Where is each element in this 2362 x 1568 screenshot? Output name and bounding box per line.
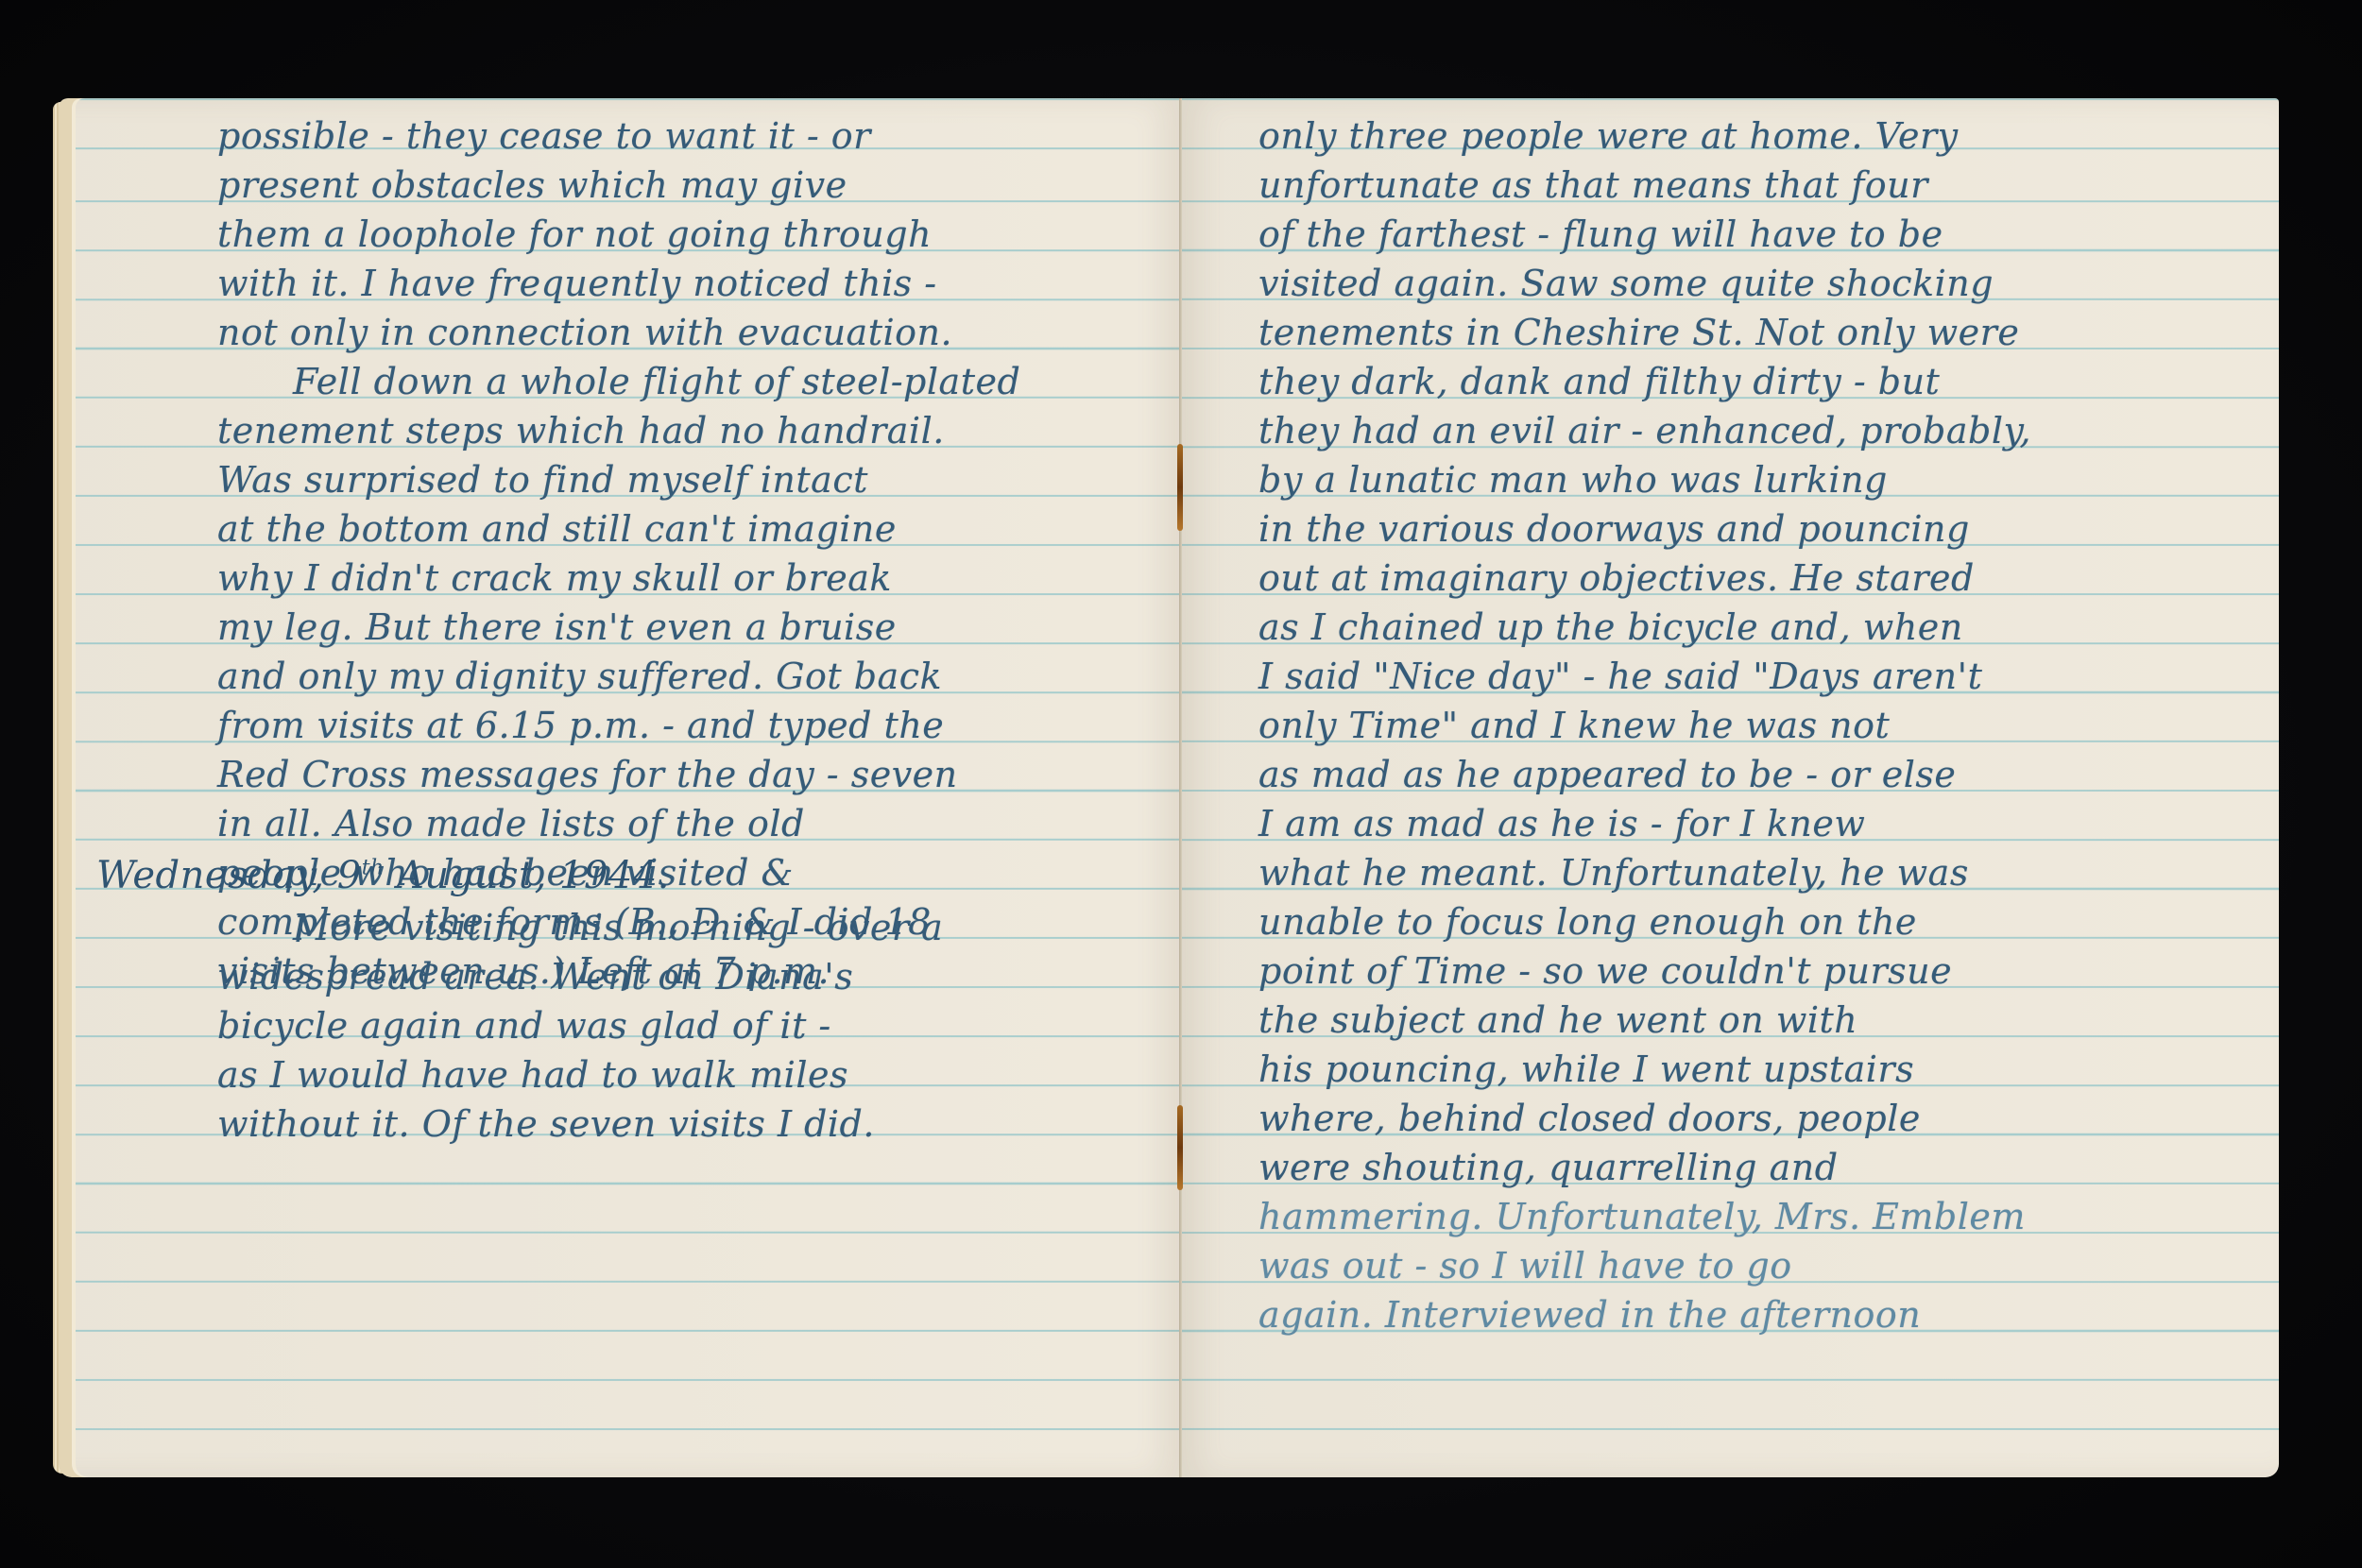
handwritten-line: not only in connection with evacuation. <box>217 308 1162 357</box>
diary-entry-date-heading: Wednesday, 9th August, 1944. <box>96 854 670 897</box>
handwritten-line: in the various doorways and pouncing <box>1258 504 2279 554</box>
handwritten-line: only three people were at home. Very <box>1258 111 2279 161</box>
handwritten-line: bicycle again and was glad of it - <box>217 1001 1162 1050</box>
handwritten-line: with it. I have frequently noticed this … <box>217 259 1162 308</box>
handwritten-line: at the bottom and still can't imagine <box>217 504 1162 554</box>
handwritten-line: hammering. Unfortunately, Mrs. Emblem <box>1258 1192 2279 1241</box>
handwritten-line: by a lunatic man who was lurking <box>1258 455 2279 504</box>
handwritten-line: point of Time - so we couldn't pursue <box>1258 946 2279 996</box>
rusty-staple-top <box>1177 444 1183 531</box>
handwritten-line: where, behind closed doors, people <box>1258 1094 2279 1143</box>
rusty-staple-bottom <box>1177 1105 1183 1190</box>
handwritten-line: unable to focus long enough on the <box>1258 897 2279 946</box>
handwritten-line: them a loophole for not going through <box>217 210 1162 259</box>
handwritten-line: they dark, dank and filthy dirty - but <box>1258 357 2279 406</box>
handwritten-line: as I chained up the bicycle and, when <box>1258 603 2279 652</box>
handwritten-line: tenement steps which had no handrail. <box>217 406 1162 455</box>
handwritten-line: unfortunate as that means that four <box>1258 161 2279 210</box>
handwritten-line: from visits at 6.15 p.m. - and typed the <box>217 701 1162 750</box>
handwritten-line: out at imaginary objectives. He stared <box>1258 554 2279 603</box>
handwritten-line: was out - so I will have to go <box>1258 1241 2279 1290</box>
handwritten-line: again. Interviewed in the afternoon <box>1258 1290 2279 1339</box>
handwritten-line: they had an evil air - enhanced, probabl… <box>1258 406 2279 455</box>
right-page-text: only three people were at home. Very unf… <box>1258 111 2279 1339</box>
handwritten-line: tenements in Cheshire St. Not only were <box>1258 308 2279 357</box>
handwritten-line: my leg. But there isn't even a bruise <box>217 603 1162 652</box>
entry-day-suffix: th <box>362 857 385 880</box>
handwritten-line: More visiting this morning - over a <box>217 903 1162 952</box>
handwritten-line: and only my dignity suffered. Got back <box>217 652 1162 701</box>
left-page-entry-text: More visiting this morning - over a wide… <box>217 903 1162 1149</box>
handwritten-line: I said "Nice day" - he said "Days aren't <box>1258 652 2279 701</box>
handwritten-line: as I would have had to walk miles <box>217 1050 1162 1099</box>
handwritten-line: why I didn't crack my skull or break <box>217 554 1162 603</box>
handwritten-line: were shouting, quarrelling and <box>1258 1143 2279 1192</box>
entry-month-year: August, 1944. <box>397 854 670 897</box>
handwritten-line: I am as mad as he is - for I knew <box>1258 799 2279 848</box>
entry-weekday: Wednesday, <box>96 854 325 897</box>
handwritten-line: widespread area. Went on Diana's <box>217 952 1162 1001</box>
handwritten-line: what he meant. Unfortunately, he was <box>1258 848 2279 897</box>
handwritten-line: in all. Also made lists of the old <box>217 799 1162 848</box>
handwritten-line: Fell down a whole flight of steel-plated <box>217 357 1162 406</box>
handwritten-line: without it. Of the seven visits I did. <box>217 1099 1162 1149</box>
handwritten-line: Red Cross messages for the day - seven <box>217 750 1162 799</box>
handwritten-line: his pouncing, while I went upstairs <box>1258 1045 2279 1094</box>
notebook-spine <box>1179 98 1182 1477</box>
handwritten-line: the subject and he went on with <box>1258 996 2279 1045</box>
handwritten-line: possible - they cease to want it - or <box>217 111 1162 161</box>
handwritten-line: of the farthest - flung will have to be <box>1258 210 2279 259</box>
entry-day: 9 <box>337 854 362 897</box>
handwritten-line: visited again. Saw some quite shocking <box>1258 259 2279 308</box>
handwritten-line: Was surprised to find myself intact <box>217 455 1162 504</box>
open-notebook: possible - they cease to want it - or pr… <box>59 98 2279 1477</box>
handwritten-line: present obstacles which may give <box>217 161 1162 210</box>
handwritten-line: as mad as he appeared to be - or else <box>1258 750 2279 799</box>
handwritten-line: only Time" and I knew he was not <box>1258 701 2279 750</box>
